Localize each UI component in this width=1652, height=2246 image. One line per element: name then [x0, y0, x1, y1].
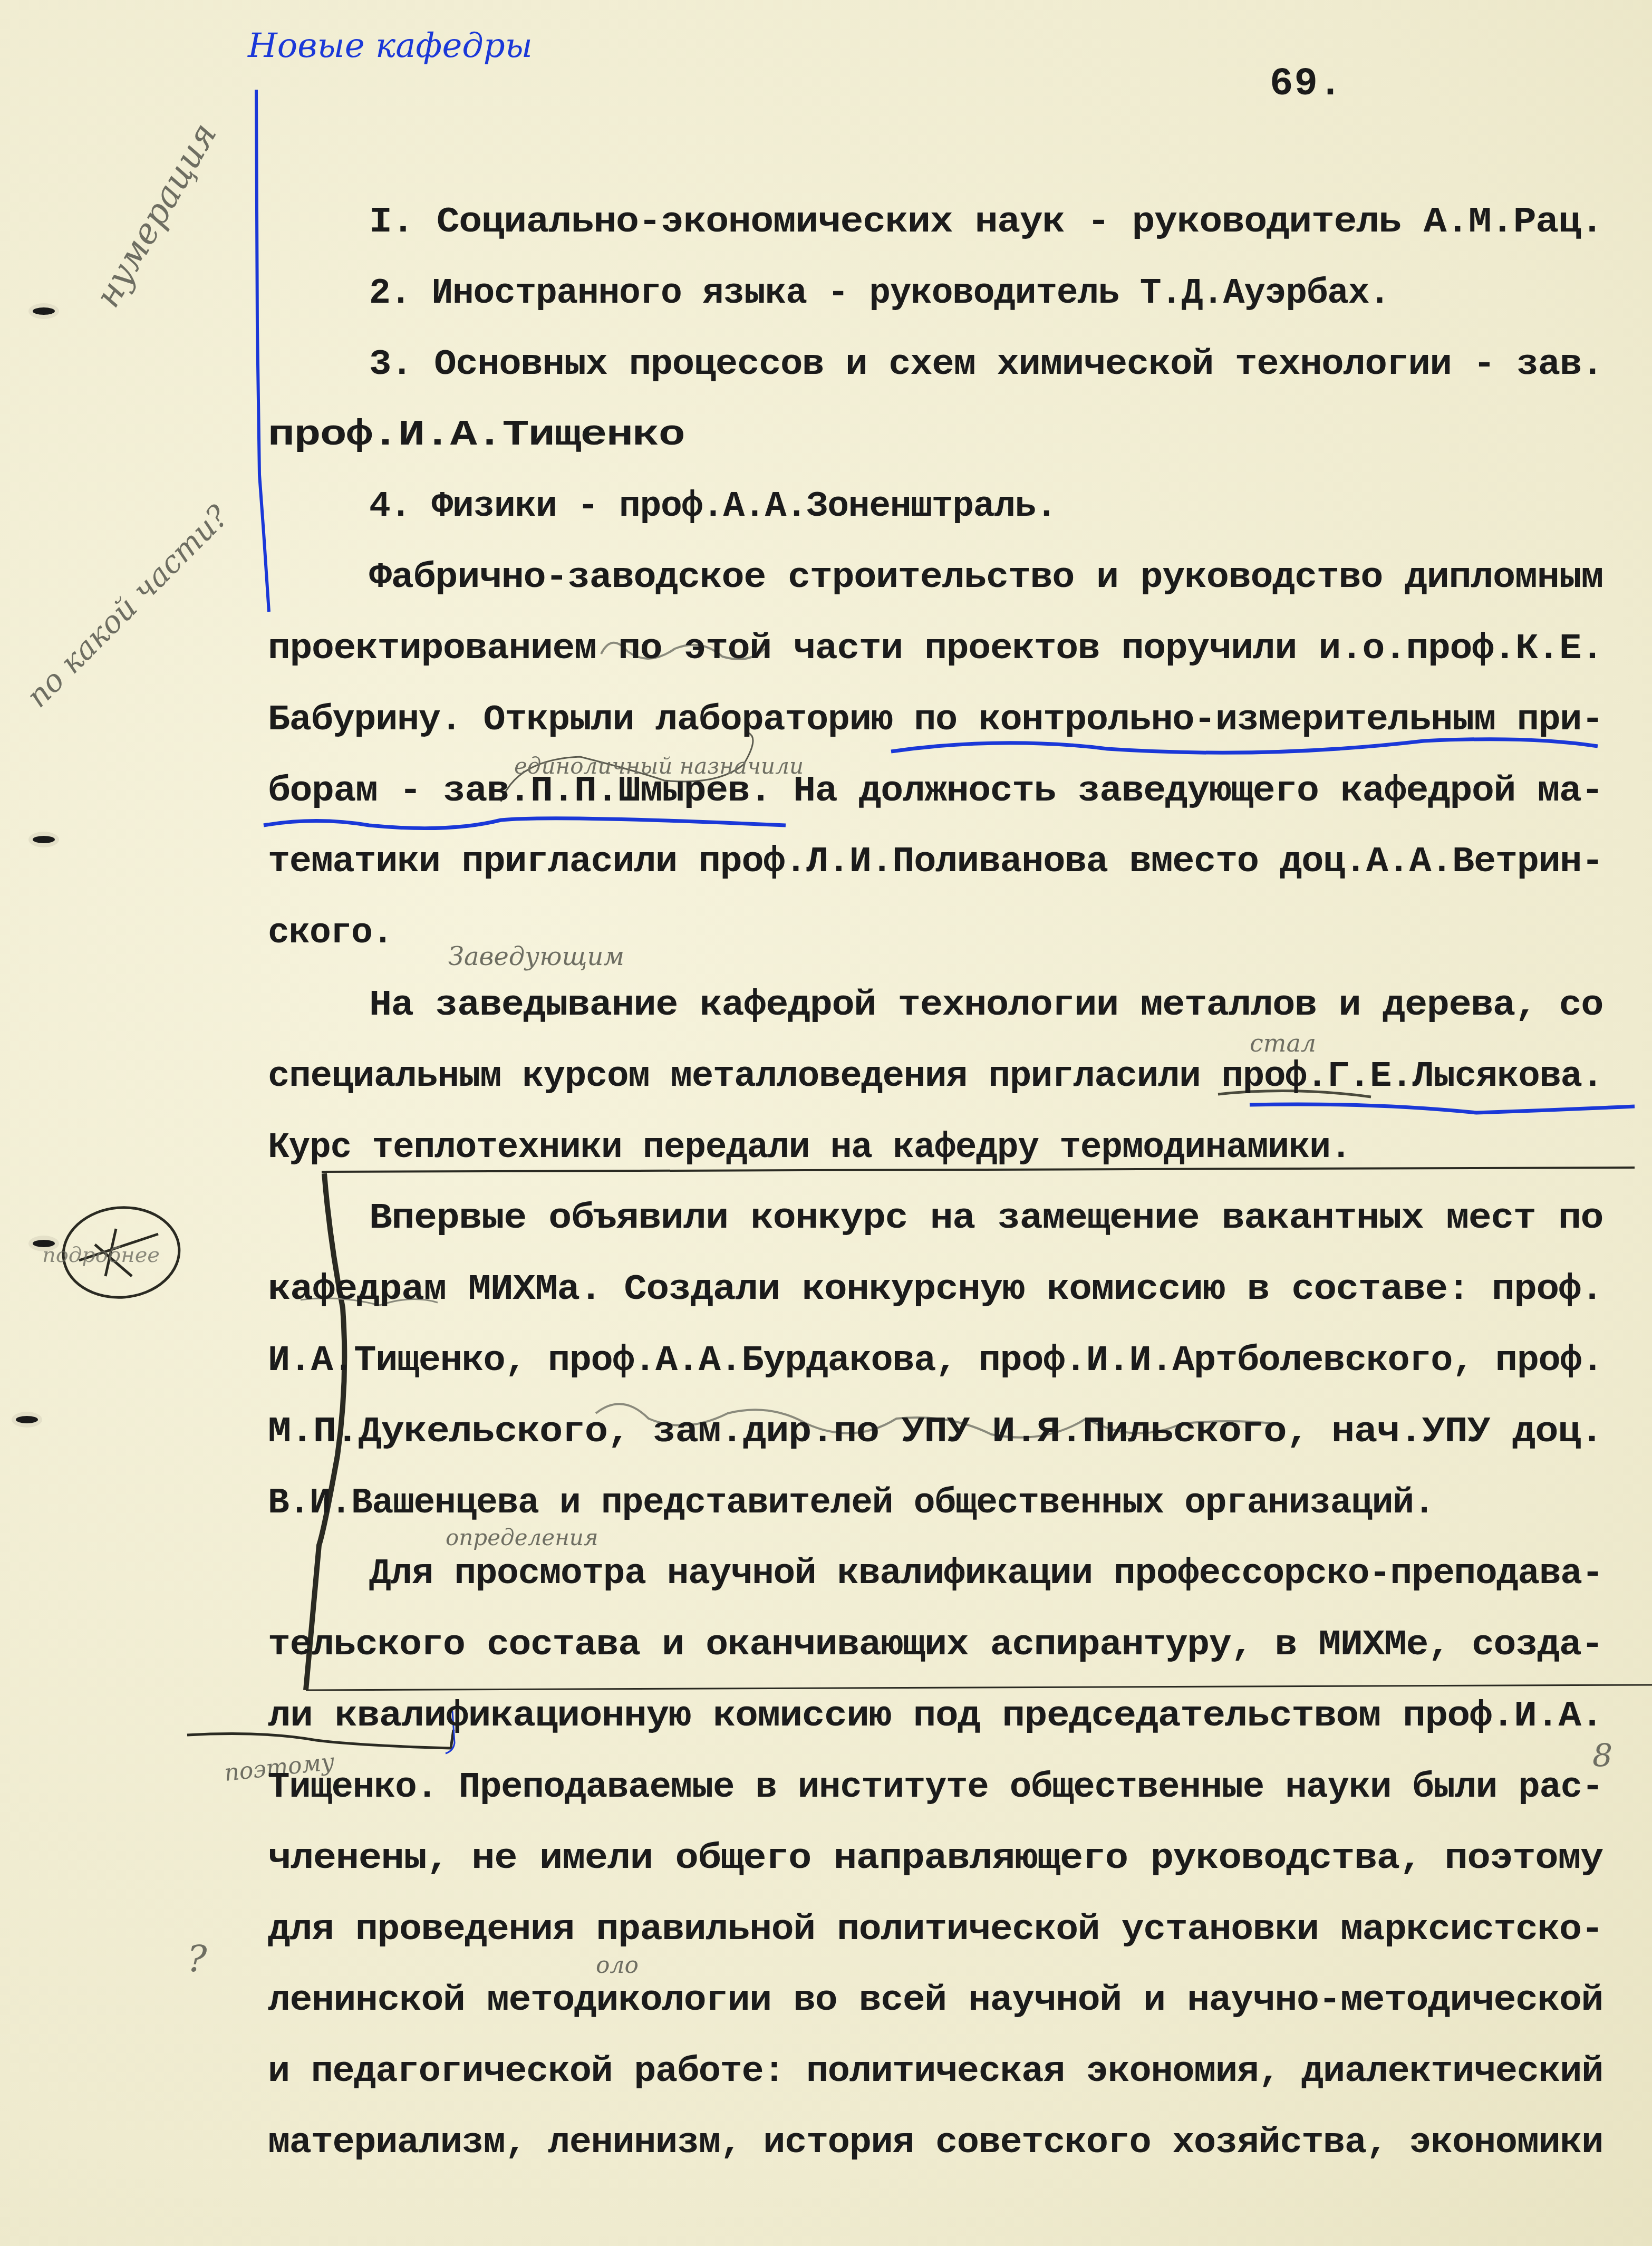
binder-hole [16, 1416, 38, 1423]
typed-line: Курс теплотехники передали на кафедру те… [268, 1130, 1351, 1166]
typed-line: Бабурину. Открыли лабораторию по контрол… [268, 702, 1603, 738]
margin-note-question: по какой части? [21, 500, 234, 712]
typed-line: для проведения правильной политической у… [268, 1912, 1603, 1948]
insertion-note-opredeleniya: определения [446, 1527, 598, 1549]
typed-line: материализм, ленинизм, история советског… [268, 2125, 1603, 2161]
insertion-note-zaved: Заведующим [448, 944, 624, 969]
margin-note-numbering: нумерация [90, 118, 223, 313]
typed-line: кафедрам МИХМа. Создали конкурсную комис… [268, 1272, 1603, 1308]
typed-line: Тищенко. Преподаваемые в институте общес… [268, 1770, 1603, 1806]
typed-line: 3. Основных процессов и схем химической … [369, 347, 1603, 383]
handwritten-heading: Новые кафедры [248, 29, 533, 63]
binder-hole [33, 836, 55, 843]
typed-line: В.И.Вашенцева и представителей обществен… [268, 1486, 1434, 1521]
typed-line: борам - зав.П.П.Шмырев. На должность зав… [268, 774, 1603, 809]
typed-line: тельского состава и оканчивающих аспиран… [268, 1627, 1603, 1663]
typed-line: На заведывание кафедрой технологии метал… [369, 988, 1603, 1024]
typed-line: ли квалификационную комиссию под председ… [268, 1699, 1603, 1734]
typed-line: 2. Иностранного языка - руководитель Т.Д… [369, 276, 1390, 312]
typed-line: и педагогической работе: политическая эк… [268, 2054, 1603, 2090]
typed-line: Фабрично-заводское строительство и руков… [369, 560, 1603, 596]
typed-line: тематики пригласили проф.Л.И.Поливанова … [268, 844, 1603, 880]
typed-line: членены, не имели общего направляющего р… [268, 1841, 1603, 1877]
typed-line: Впервые объявили конкурс на замещение ва… [369, 1201, 1603, 1237]
page-number: 69. [1270, 62, 1343, 107]
typed-line: I. Социально-экономических наук - руково… [369, 205, 1603, 240]
insertion-note-stal: стал [1250, 1031, 1316, 1055]
typed-line: проф.И.А.Тищенко [268, 418, 684, 454]
insertion-note-olo: оло [596, 1954, 639, 1977]
margin-note-circled: подробнее [42, 1245, 160, 1266]
typed-line: ленинской методикологии во всей научной … [268, 1983, 1603, 2019]
margin-question-mark: ? [187, 1941, 207, 1978]
binder-hole [33, 307, 55, 315]
typed-line: 4. Физики - проф.А.А.Зоненштраль. [369, 489, 1057, 525]
typed-line: Для просмотра научной квалификации профе… [369, 1556, 1603, 1592]
typed-line: ского. [268, 915, 393, 951]
typed-line: М.П.Дукельского, зам.дир.по УПУ И.Я.Пиль… [268, 1414, 1603, 1450]
typed-line: специальным курсом металловедения пригла… [268, 1059, 1603, 1095]
typed-line: проектированием по этой части проектов п… [268, 631, 1603, 667]
typed-line: И.А.Тищенко, проф.А.А.Бурдакова, проф.И.… [268, 1343, 1603, 1379]
